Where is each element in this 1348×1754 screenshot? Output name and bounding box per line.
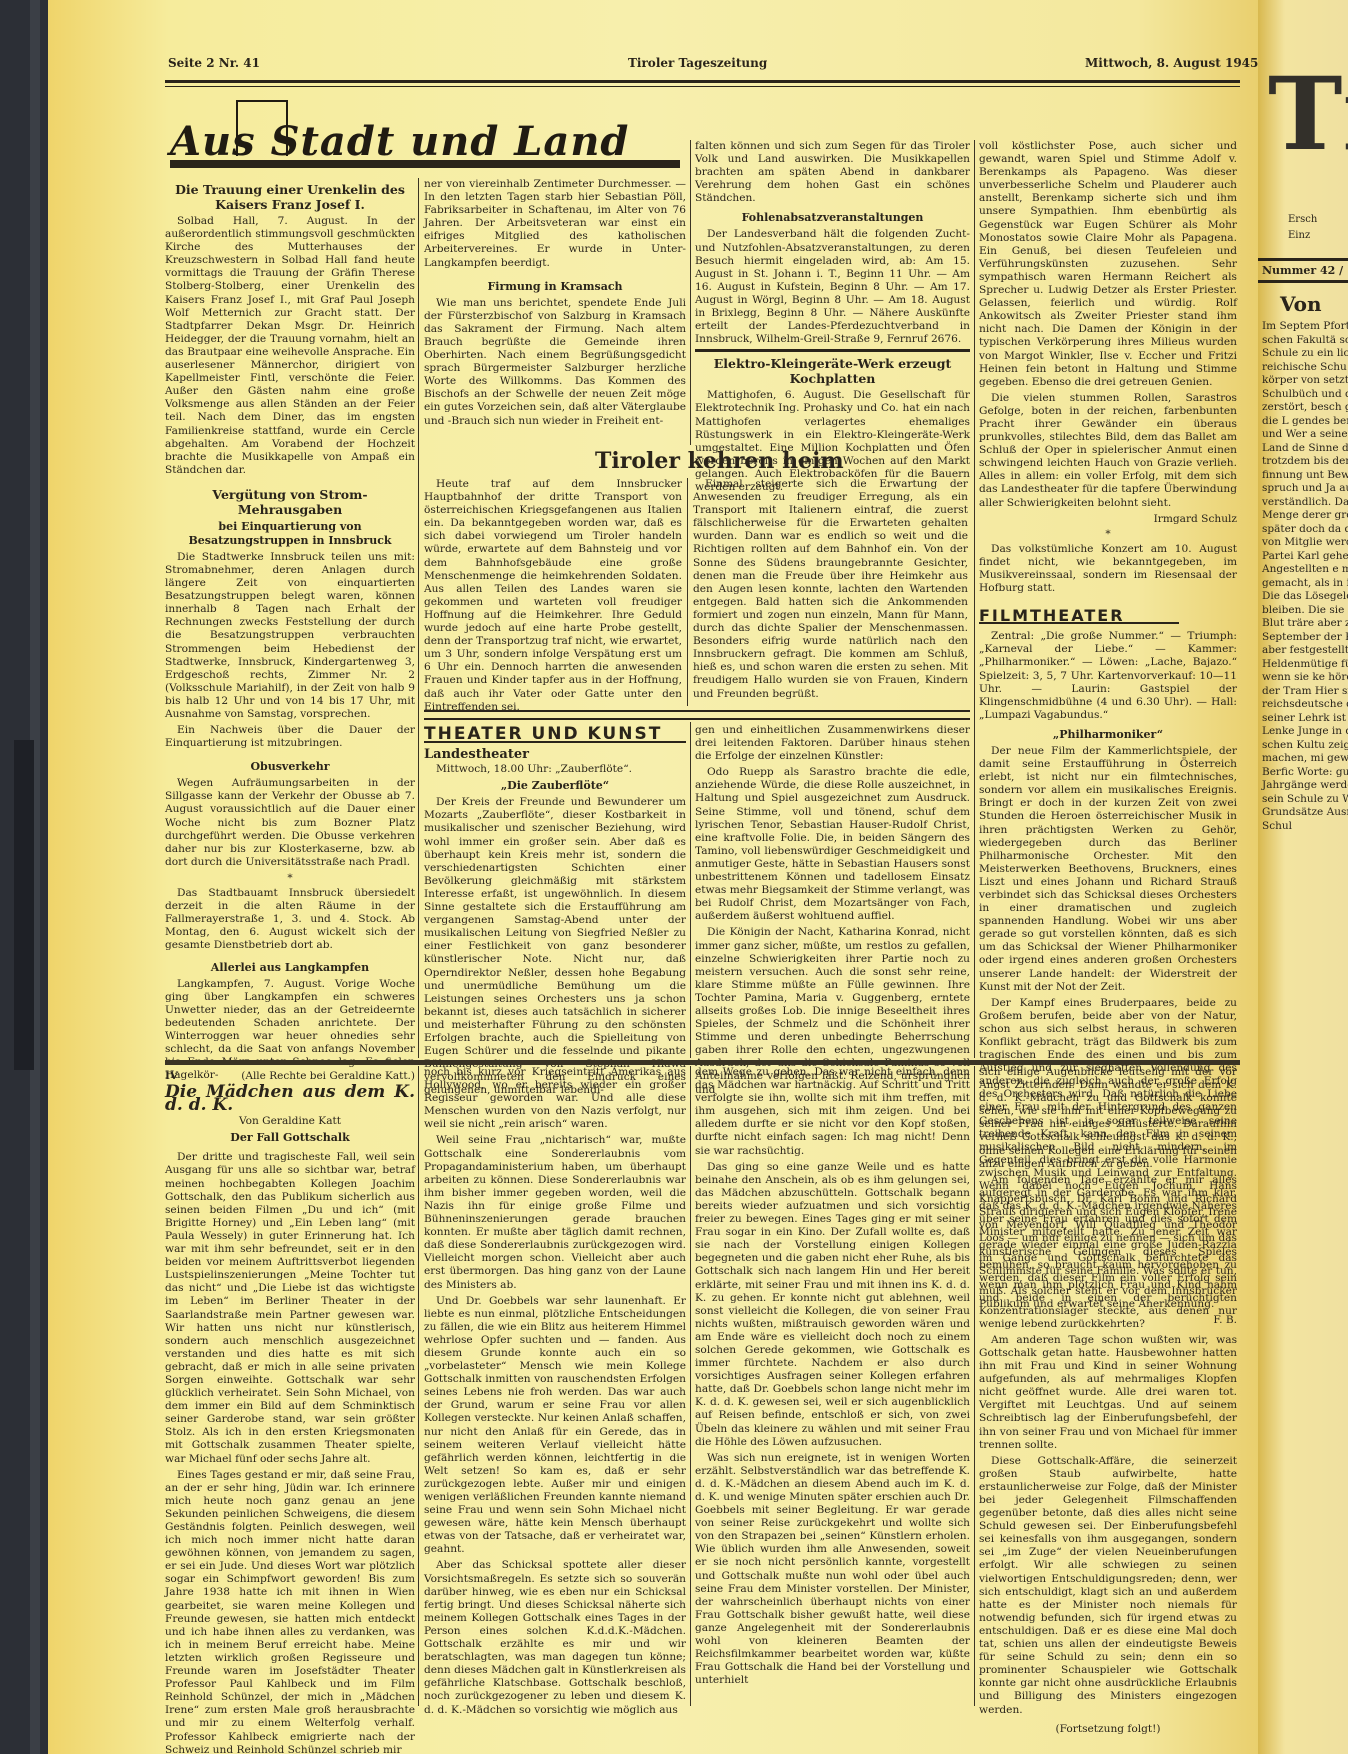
header-rule-thin [165,86,1240,87]
column-divider [690,140,691,445]
performance-schedule: Mittwoch, 18.00 Uhr: „Zauberflöte“. [424,763,686,776]
article-headline: Vergütung von Strom-Mehrausgaben [165,487,415,517]
adjacent-subtitle: Einz [1288,230,1310,241]
wavy-divider [424,710,970,720]
article-body: falten können und sich zum Segen für das… [695,140,970,205]
article-body: Der Landesverband hält die folgenden Zuc… [695,228,970,346]
serial-divider [165,1060,1240,1065]
serial-column-2: noch bis kurz vor Kriegseintritt Amerika… [424,1066,686,1720]
adjacent-subtitle: Ersch [1288,214,1317,225]
continuation-notice: (Fortsetzung folgt!) [979,1723,1237,1736]
serial-column-1: IV (Alle Rechte bei Geraldine Katt.) Die… [165,1070,415,1754]
column-3: falten können und sich zum Segen für das… [695,140,970,497]
center-right-column: Einmal steigerte sich die Erwartung der … [693,478,968,704]
article-body: Das Stadtbauamt Innsbruck übersiedelt de… [165,887,415,952]
review-headline: „Die Zauberflöte“ [424,779,686,793]
column-divider [687,478,688,706]
article-headline: Allerlei aus Langkampfen [165,961,415,975]
article-body: Diese Gottschalk-Affäre, die seinerzeit … [979,1455,1237,1717]
column-divider [690,722,691,1058]
article-body: Eines Tages gestand er mir, daß seine Fr… [165,1469,415,1754]
article-body: Solbad Hall, 7. August. In der außerorde… [165,215,415,477]
separator-star: * [979,528,1237,541]
column-divider [418,178,419,1058]
section-title: Aus Stadt und Land [170,118,629,165]
venue-heading: Landestheater [424,748,686,761]
column-divider [690,1066,691,1706]
theater-section-heading: THEATER UND KUNST [424,728,686,743]
article-body: Langkampfen, 7. August. Vorige Woche gin… [165,978,415,1083]
film-listing: Zentral: „Die große Nummer.“ — Triumph: … [979,630,1237,722]
article-body: Aber das Schicksal spottete aller dieser… [424,1559,686,1716]
article-body: Die vielen stummen Rollen, Sarastros Gef… [979,392,1237,510]
article-body: Der Kreis der Freunde und Bewunderer um … [424,796,686,1097]
theater-column-2: gen und einheitlichen Zusammenwirkens di… [695,724,970,1100]
theater-column: THEATER UND KUNST Landestheater Mittwoch… [424,728,686,1100]
article-body: Wegen Aufräumungsarbeiten in der Sillgas… [165,777,415,869]
masthead-bar [170,160,680,168]
center-left-column: Heute traf auf dem Innsbrucker Hauptbahn… [424,478,682,717]
adjacent-body: Im Septem Pforten der G schen Fakultä sc… [1262,320,1348,833]
serial-title: Die Mädchen aus dem K. d. d. K. [165,1086,415,1112]
header-rule [165,80,1240,83]
article-headline: „Philharmoniker“ [979,728,1237,742]
column-divider [418,1066,419,1706]
article-body: Was sich nun ereignete, ist in wenigen W… [695,1452,970,1688]
article-body: Der dritte und tragischeste Fall, weil s… [165,1151,415,1465]
column-divider [974,1066,975,1706]
article-body: Wie man uns berichtet, spendete Ende Jul… [424,297,686,428]
center-headline: Tiroler kehren heim [595,448,844,474]
section-bar [695,349,970,352]
book-binding [0,0,48,1754]
adjacent-masthead: Ti [1268,55,1348,173]
article-body: dem Wege zu gehen. Das war nicht einfach… [695,1066,970,1158]
article-headline: Die Trauung einer Urenkelin des Kaisers … [165,182,415,212]
section-masthead: Aus Stadt und Land [170,100,680,170]
serial-column-3: dem Wege zu gehen. Das war nicht einfach… [695,1066,970,1690]
article-body: Ein Nachweis über die Dauer der Einquart… [165,724,415,750]
article-body: voll köstlichster Pose, auch sicher und … [979,140,1237,389]
adjacent-headline: Von [1280,292,1322,316]
article-headline: Fohlenabsatzveranstaltungen [695,211,970,225]
paper-name: Tiroler Tageszeitung [628,56,767,70]
article-headline: Elektro-Kleingeräte-Werk erzeugt Kochpla… [695,356,970,386]
column-2: ner von viereinhalb Zentimeter Durchmess… [424,178,686,431]
author-signature: Irmgard Schulz [979,513,1237,526]
page-number-label: Seite 2 Nr. 41 [168,56,260,70]
issue-date: Mittwoch, 8. August 1945 [1085,56,1258,70]
article-headline: Firmung in Kramsach [424,280,686,294]
serial-author: Von Geraldine Katt [165,1115,415,1128]
article-body: sich einige Augenblicke leutselig mit de… [979,1066,1237,1171]
serial-column-4: sich einige Augenblicke leutselig mit de… [979,1066,1237,1736]
separator-star: * [165,872,415,885]
article-body: Das ging so eine ganze Weile und es hatt… [695,1161,970,1449]
article-body: Und Dr. Goebbels war sehr launenhaft. Er… [424,1295,686,1557]
concert-notice: Das volkstümliche Konzert am 10. August … [979,543,1237,595]
article-body: gen und einheitlichen Zusammenwirkens di… [695,724,970,763]
serial-chapter: Der Fall Gottschalk [165,1131,415,1145]
article-body: Am folgenden Tage erzählte er mir alles … [979,1174,1237,1331]
adjacent-page-fragment: Ti Ersch Einz Nummer 42 / Von Im Septem … [1258,0,1348,1754]
article-subheadline: bei Einquartierung von Besatzungstruppen… [165,520,415,548]
article-body: Einmal steigerte sich die Erwartung der … [693,478,968,701]
article-body: Der neue Film der Kammerlichtspiele, der… [979,745,1237,994]
article-body: Odo Ruepp als Sarastro brachte die edle,… [695,766,970,923]
article-body: Heute traf auf dem Innsbrucker Hauptbahn… [424,478,682,714]
article-headline: Obusverkehr [165,760,415,774]
article-body: Am anderen Tage schon wußten wir, was Go… [979,1334,1237,1452]
adjacent-issue-number: Nummer 42 / [1262,264,1343,277]
article-body: noch bis kurz vor Kriegseintritt Amerika… [424,1066,686,1131]
article-body: ner von viereinhalb Zentimeter Durchmess… [424,178,686,270]
column-1: Die Trauung einer Urenkelin des Kaisers … [165,178,415,1085]
article-body: Weil seine Frau „nichtarisch“ war, mußte… [424,1134,686,1291]
article-body: Die Stadtwerke Innsbruck teilen uns mit:… [165,551,415,721]
column-divider [974,140,975,1058]
film-section-heading: FILMTHEATER [979,609,1179,624]
